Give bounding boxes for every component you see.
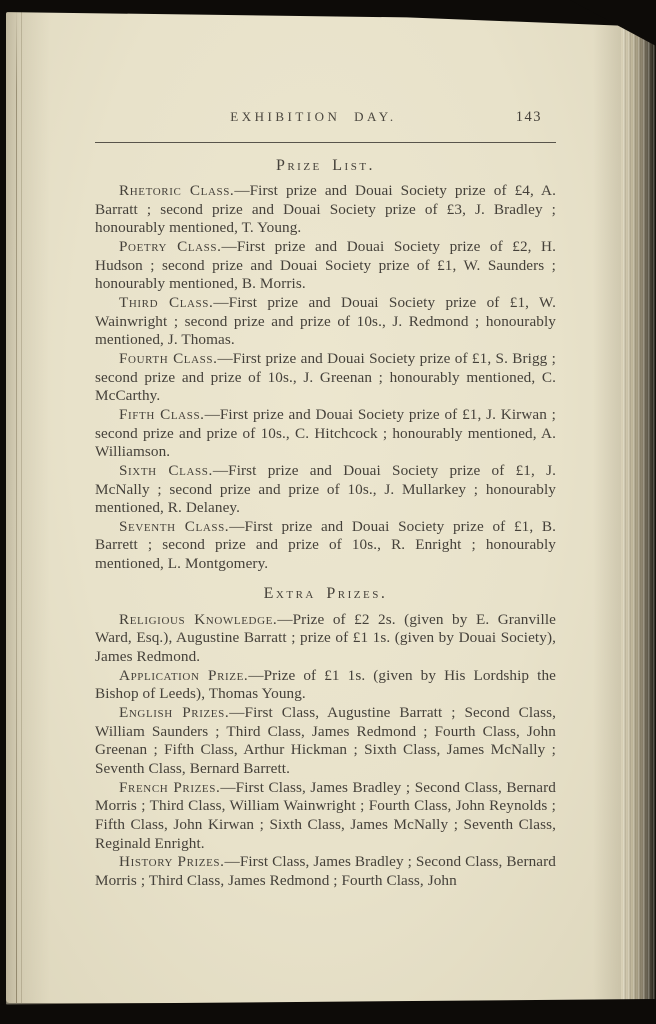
header-rule — [95, 142, 556, 143]
paragraph-application-prize: Application Prize.—Prize of £1 1s. (give… — [95, 667, 556, 704]
paragraph-lead: Fifth Class. — [119, 406, 205, 423]
gutter-crease — [16, 12, 17, 1003]
paragraph-history-prizes: History Prizes.—First Class, James Bradl… — [95, 853, 556, 890]
paragraph-lead: Application Prize. — [119, 667, 248, 684]
paragraph-french-prizes: French Prizes.—First Class, James Bradle… — [95, 779, 556, 854]
scanned-book-page: EXHIBITION DAY. 143 Prize List. Rhetoric… — [0, 0, 656, 1024]
page-text-block: EXHIBITION DAY. 143 Prize List. Rhetoric… — [95, 12, 556, 891]
page-corner-shadow — [570, 0, 656, 46]
paragraph-lead: Fourth Class. — [119, 350, 218, 367]
paragraph-lead: Poetry Class. — [119, 238, 222, 255]
paragraph-lead: Third Class. — [119, 294, 213, 311]
extra-prizes-heading: Extra Prizes. — [95, 584, 556, 604]
paragraph-lead: English Prizes. — [119, 704, 229, 721]
gutter-crease — [21, 12, 22, 1003]
paragraph-seventh-class: Seventh Class.—First prize and Douai Soc… — [95, 518, 556, 574]
paragraph-rhetoric-class: Rhetoric Class.—First prize and Douai So… — [95, 182, 556, 238]
paragraph-lead: Sixth Class. — [119, 462, 213, 479]
paragraph-sixth-class: Sixth Class.—First prize and Douai Socie… — [95, 462, 556, 518]
paragraph-lead: History Prizes. — [119, 853, 225, 870]
running-head: EXHIBITION DAY. — [83, 109, 544, 125]
book-fore-edge-pages — [618, 20, 656, 1012]
paragraph-english-prizes: English Prizes.—First Class, Augustine B… — [95, 704, 556, 779]
paragraph-fourth-class: Fourth Class.—First prize and Douai Soci… — [95, 350, 556, 406]
book-page: EXHIBITION DAY. 143 Prize List. Rhetoric… — [6, 12, 621, 1003]
paragraph-religious-knowledge: Religious Knowledge.—Prize of £2 2s. (gi… — [95, 611, 556, 667]
paragraph-fifth-class: Fifth Class.—First prize and Douai Socie… — [95, 406, 556, 462]
page-number: 143 — [516, 109, 542, 126]
paragraph-third-class: Third Class.—First prize and Douai Socie… — [95, 294, 556, 350]
paragraph-lead: French Prizes. — [119, 779, 220, 796]
paragraph-lead: Religious Knowledge. — [119, 611, 277, 628]
page-header: EXHIBITION DAY. 143 — [95, 109, 556, 127]
prize-list-heading: Prize List. — [95, 156, 556, 176]
paragraph-lead: Seventh Class. — [119, 518, 229, 535]
paragraph-lead: Rhetoric Class. — [119, 182, 234, 199]
paragraph-poetry-class: Poetry Class.—First prize and Douai Soci… — [95, 238, 556, 294]
